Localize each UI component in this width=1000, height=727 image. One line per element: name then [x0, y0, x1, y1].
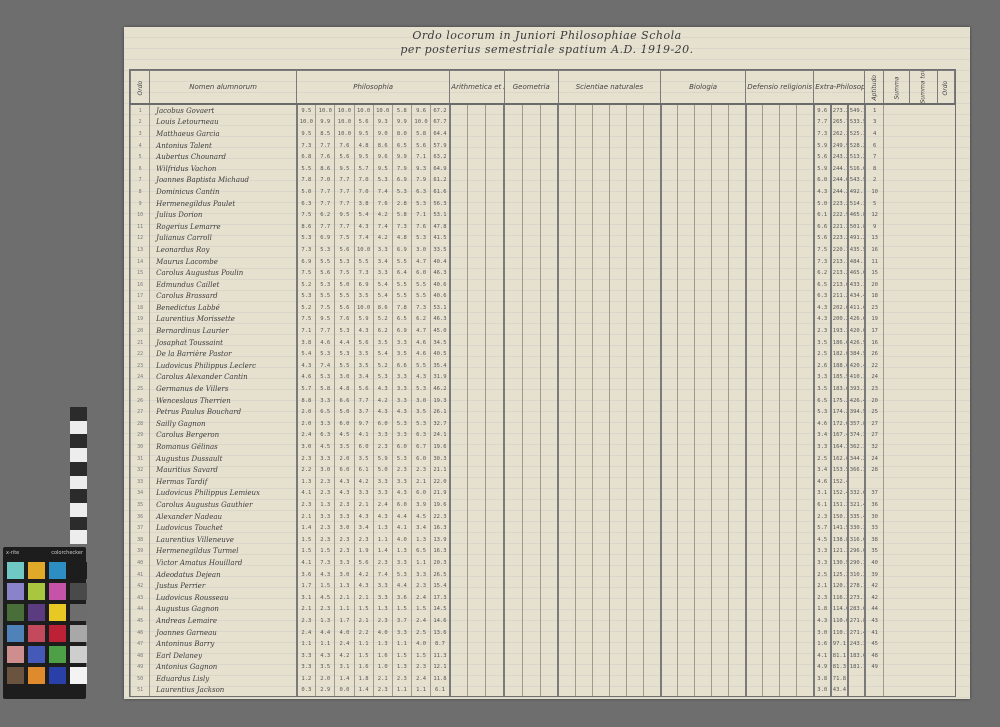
grade-cell: 7.7	[316, 186, 335, 198]
grade-cell	[540, 580, 558, 592]
grade-cell	[797, 418, 814, 430]
table-row: 16Edmundus Caillet5.25.35.06.95.45.55.54…	[131, 279, 955, 291]
grade-cell: 19.6	[431, 441, 450, 453]
student-name: Carolus Augustus Poulin	[150, 267, 297, 279]
grade-cell: 9.9	[392, 151, 411, 163]
header-aptitudo: Aptitudo	[865, 71, 884, 105]
table-row: 18Benedictus Labbé5.27.55.610.08.67.87.3…	[131, 302, 955, 314]
grade-cell	[504, 348, 522, 360]
summa-cell: 81.1	[831, 650, 848, 662]
grade-cell	[712, 476, 729, 488]
grade-cell	[540, 279, 558, 291]
header-arithmetica: Arithmetica et Algebra	[450, 71, 504, 105]
summa-totalis-cell: 290.3	[848, 557, 865, 569]
grade-cell	[729, 128, 746, 140]
summa-totalis-cell: 465.8	[848, 209, 865, 221]
grade-cell	[522, 140, 540, 152]
grade-cell	[540, 104, 558, 117]
grade-cell: 3.0	[335, 372, 354, 384]
grade-cell	[575, 430, 592, 442]
grade-cell	[540, 534, 558, 546]
grade-cell	[780, 104, 797, 117]
table-row: 26Wenceslaus Therrien8.83.36.67.74.23.33…	[131, 395, 955, 407]
row-number: 3	[131, 128, 150, 140]
grade-cell	[712, 406, 729, 418]
summa-cell: 249.9	[831, 140, 848, 152]
grade-cell	[729, 383, 746, 395]
grade-cell	[626, 175, 643, 187]
grade-cell	[450, 244, 468, 256]
grade-cell: 7.3	[392, 221, 411, 233]
grade-cell	[575, 534, 592, 546]
grade-cell: 2.3	[373, 615, 392, 627]
student-name: Laurentius Morissette	[150, 314, 297, 326]
color-patch	[28, 625, 45, 642]
student-name: Leonardus Roy	[150, 244, 297, 256]
grade-cell: 7.9	[411, 175, 430, 187]
grade-cell	[450, 104, 468, 117]
rank-cell: 24	[865, 453, 884, 465]
color-patch	[49, 562, 66, 579]
grade-cell: 2.4	[411, 592, 430, 604]
aptitudo-cell: 6.1	[814, 499, 831, 511]
grade-cell: 3.5	[316, 662, 335, 674]
grade-cell	[661, 314, 678, 326]
grade-cell	[504, 499, 522, 511]
row-number: 5	[131, 151, 150, 163]
summa-totalis-cell: 410.3	[848, 372, 865, 384]
summa-totalis-cell: 321.4	[848, 499, 865, 511]
grade-cell	[661, 163, 678, 175]
grade-cell	[626, 685, 643, 697]
grade-cell	[450, 186, 468, 198]
grade-cell	[746, 348, 763, 360]
student-name: Josaphat Toussaint	[150, 337, 297, 349]
grade-cell	[504, 267, 522, 279]
grade-cell	[592, 430, 609, 442]
grade-cell	[678, 395, 695, 407]
grade-cell	[712, 580, 729, 592]
grade-cell: 7.1	[411, 151, 430, 163]
grade-cell	[643, 418, 660, 430]
grade-cell	[746, 430, 763, 442]
grade-cell	[626, 279, 643, 291]
color-patch	[28, 667, 45, 684]
grade-cell	[729, 569, 746, 581]
grade-cell	[678, 673, 695, 685]
grade-cell	[712, 128, 729, 140]
grade-cell	[626, 302, 643, 314]
summa-cell: 141.5	[831, 522, 848, 534]
grade-cell	[729, 511, 746, 523]
grade-cell: 30.3	[431, 453, 450, 465]
grade-cell: 7.3	[354, 267, 373, 279]
grade-cell	[797, 151, 814, 163]
grade-cell	[661, 128, 678, 140]
grade-cell	[592, 117, 609, 129]
grade-cell: 5.6	[335, 151, 354, 163]
grade-cell: 3.0	[316, 464, 335, 476]
grade-cell	[626, 314, 643, 326]
grade-cell	[763, 348, 780, 360]
grade-cell	[468, 128, 486, 140]
grade-cell: 3.0	[411, 244, 430, 256]
grade-cell	[661, 140, 678, 152]
rank-cell: 32	[865, 441, 884, 453]
grade-cell: 3.5	[354, 291, 373, 303]
grade-cell	[729, 650, 746, 662]
grade-cell	[780, 488, 797, 500]
table-row: 51Laurentius Jackson0.32.90.01.42.31.11.…	[131, 685, 955, 697]
grade-cell	[486, 151, 504, 163]
grade-cell	[558, 163, 575, 175]
header-philosophia: Philosophia	[297, 71, 450, 105]
grade-cell	[661, 291, 678, 303]
grade-cell: 2.1	[335, 592, 354, 604]
student-name: Laurentius Jackson	[150, 685, 297, 697]
grade-cell: 3.3	[392, 476, 411, 488]
grade-cell: 4.4	[392, 511, 411, 523]
grade-cell	[729, 662, 746, 674]
grade-cell: 3.3	[373, 430, 392, 442]
grade-cell: 3.0	[335, 522, 354, 534]
grade-cell	[486, 117, 504, 129]
grade-cell	[643, 638, 660, 650]
grade-cell	[763, 198, 780, 210]
grade-cell: 3.3	[354, 488, 373, 500]
grade-cell	[797, 209, 814, 221]
grade-cell	[504, 580, 522, 592]
grade-cell: 4.0	[335, 627, 354, 639]
grade-cell	[797, 430, 814, 442]
rank-cell: 36	[865, 499, 884, 511]
table-row: 27Petrus Paulus Bouchard2.06.55.03.74.34…	[131, 406, 955, 418]
grade-cell	[626, 117, 643, 129]
grade-cell	[450, 140, 468, 152]
grade-cell: 9.6	[373, 151, 392, 163]
grade-cell	[661, 186, 678, 198]
grade-cell	[729, 476, 746, 488]
grade-cell: 3.5	[392, 348, 411, 360]
grade-cell	[450, 673, 468, 685]
grade-cell	[592, 360, 609, 372]
grade-cell: 2.1	[297, 604, 316, 616]
grade-cell	[609, 337, 626, 349]
grade-cell	[486, 499, 504, 511]
table-row: 5Aubertus Chounard6.87.65.69.59.69.97.16…	[131, 151, 955, 163]
grade-cell	[540, 418, 558, 430]
grade-cell	[450, 406, 468, 418]
header-ordo-final: Ordo	[937, 71, 954, 105]
grade-cell	[504, 128, 522, 140]
grade-cell	[797, 604, 814, 616]
grade-cell	[626, 337, 643, 349]
grade-cell	[522, 662, 540, 674]
grade-cell	[450, 441, 468, 453]
row-number: 40	[131, 557, 150, 569]
grade-cell	[592, 464, 609, 476]
grade-cell: 7.6	[316, 151, 335, 163]
grade-cell	[746, 464, 763, 476]
grade-cell: 2.1	[354, 499, 373, 511]
grade-cell	[575, 464, 592, 476]
grade-cell: 3.3	[316, 395, 335, 407]
grade-cell	[661, 464, 678, 476]
grade-cell	[763, 673, 780, 685]
grade-cell: 4.3	[354, 325, 373, 337]
grade-cell	[504, 546, 522, 558]
grade-cell	[729, 499, 746, 511]
grade-cell: 7.3	[411, 302, 430, 314]
grade-cell	[522, 151, 540, 163]
grade-cell: 11.8	[431, 673, 450, 685]
grade-cell	[678, 244, 695, 256]
grade-cell	[486, 221, 504, 233]
grade-cell	[643, 175, 660, 187]
grade-cell: 5.6	[411, 140, 430, 152]
grade-cell: 6.9	[392, 244, 411, 256]
student-name: Antoninus Barry	[150, 638, 297, 650]
grade-cell	[558, 476, 575, 488]
grade-cell	[540, 256, 558, 268]
grade-cell	[712, 569, 729, 581]
table-row: 50Eduardus Lisly1.22.01.41.82.12.32.411.…	[131, 673, 955, 685]
grade-cell	[712, 233, 729, 245]
summa-cell: 262.3	[831, 128, 848, 140]
grade-cell	[468, 638, 486, 650]
rank-cell: 20	[865, 395, 884, 407]
row-number: 36	[131, 511, 150, 523]
grade-cell	[504, 395, 522, 407]
grade-cell	[626, 128, 643, 140]
grade-cell: 6.0	[392, 441, 411, 453]
summa-cell: 244.6	[831, 175, 848, 187]
grade-cell	[450, 383, 468, 395]
grade-cell	[712, 209, 729, 221]
grade-cell	[540, 650, 558, 662]
aptitudo-cell: 3.3	[814, 372, 831, 384]
grade-cell: 6.0	[392, 499, 411, 511]
grade-cell	[468, 395, 486, 407]
rank-cell: 7	[865, 151, 884, 163]
student-name: Louis Letourneau	[150, 117, 297, 129]
grade-cell: 5.6	[354, 117, 373, 129]
grade-cell	[678, 314, 695, 326]
grade-cell	[522, 430, 540, 442]
grade-cell: 9.9	[316, 117, 335, 129]
grade-cell	[712, 662, 729, 674]
grade-cell: 41.5	[431, 233, 450, 245]
grade-cell	[797, 638, 814, 650]
grade-cell	[763, 441, 780, 453]
grade-cell: 5.3	[373, 372, 392, 384]
grade-cell	[558, 673, 575, 685]
grade-cell	[592, 314, 609, 326]
grade-cell	[763, 360, 780, 372]
grade-cell	[661, 325, 678, 337]
grade-cell: 15.4	[431, 580, 450, 592]
grade-cell	[729, 685, 746, 697]
grade-cell: 4.6	[411, 348, 430, 360]
grade-cell	[626, 453, 643, 465]
grade-cell	[643, 198, 660, 210]
row-number: 4	[131, 140, 150, 152]
grade-cell: 7.5	[297, 314, 316, 326]
grade-cell	[678, 256, 695, 268]
grade-cell	[780, 291, 797, 303]
grade-cell	[450, 314, 468, 326]
grade-cell: 3.3	[316, 418, 335, 430]
grade-cell: 3.7	[392, 615, 411, 627]
grade-cell	[486, 615, 504, 627]
grade-cell	[504, 314, 522, 326]
grade-cell	[450, 279, 468, 291]
grade-cell	[558, 302, 575, 314]
grade-cell: 9.0	[373, 128, 392, 140]
grade-cell	[763, 430, 780, 442]
aptitudo-cell: 7.7	[814, 117, 831, 129]
grade-cell: 6.0	[335, 464, 354, 476]
grade-cell	[626, 221, 643, 233]
row-number: 25	[131, 383, 150, 395]
grade-cell: 7.8	[297, 175, 316, 187]
grade-cell	[712, 151, 729, 163]
grade-cell	[592, 325, 609, 337]
grade-cell: 1.3	[392, 546, 411, 558]
grade-cell	[797, 406, 814, 418]
grade-cell	[609, 569, 626, 581]
summa-cell: 182.0	[831, 348, 848, 360]
grade-cell	[797, 244, 814, 256]
grade-cell	[797, 325, 814, 337]
grade-cell	[695, 163, 712, 175]
grade-cell	[678, 488, 695, 500]
grade-cell	[661, 673, 678, 685]
grade-cell	[558, 175, 575, 187]
grade-cell: 6.5	[411, 546, 430, 558]
grade-cell	[780, 302, 797, 314]
summa-totalis-cell: 344.2	[848, 453, 865, 465]
grade-cell	[558, 348, 575, 360]
grade-cell	[540, 267, 558, 279]
grade-cell	[609, 360, 626, 372]
summa-totalis-cell: 501.8	[848, 221, 865, 233]
grade-cell	[609, 557, 626, 569]
grade-cell	[712, 279, 729, 291]
table-row: 14Maurus Lacombe6.95.55.35.53.45.54.740.…	[131, 256, 955, 268]
grade-cell: 2.3	[316, 476, 335, 488]
grade-cell	[695, 360, 712, 372]
grade-cell	[695, 175, 712, 187]
grade-cell	[522, 163, 540, 175]
grade-cell	[797, 279, 814, 291]
grade-cell: 4.6	[316, 337, 335, 349]
grade-cell	[626, 209, 643, 221]
title-line-2: per posterius semestriale spatium A.D. 1…	[124, 43, 970, 57]
grade-cell: 4.7	[411, 325, 430, 337]
grade-cell	[746, 175, 763, 187]
grade-cell	[540, 360, 558, 372]
rank-cell: 16	[865, 337, 884, 349]
grade-cell	[661, 372, 678, 384]
grade-cell	[797, 592, 814, 604]
grade-cell	[592, 488, 609, 500]
grade-cell	[661, 267, 678, 279]
grade-cell	[780, 569, 797, 581]
grade-cell	[695, 186, 712, 198]
student-name: Hermenegildus Turmel	[150, 546, 297, 558]
grade-cell: 7.1	[411, 209, 430, 221]
aptitudo-cell: 1.8	[814, 604, 831, 616]
grade-cell	[626, 140, 643, 152]
aptitudo-cell: 3.3	[814, 557, 831, 569]
grade-cell	[797, 360, 814, 372]
grade-cell: 7.0	[316, 175, 335, 187]
grade-cell	[678, 569, 695, 581]
grade-cell: 5.3	[411, 418, 430, 430]
grade-cell: 1.3	[373, 638, 392, 650]
ruler-segment	[70, 421, 87, 435]
header-extra: Extra-Philosophia	[814, 71, 865, 105]
grade-cell	[780, 418, 797, 430]
grade-cell	[763, 464, 780, 476]
grade-cell	[729, 209, 746, 221]
summa-totalis-cell: 357.8	[848, 418, 865, 430]
summa-cell: 223.2	[831, 233, 848, 245]
grade-cell	[661, 383, 678, 395]
grade-cell	[763, 406, 780, 418]
grade-cell	[558, 256, 575, 268]
grade-cell	[643, 580, 660, 592]
grade-cell	[643, 151, 660, 163]
aptitudo-cell: 3.8	[814, 673, 831, 685]
grade-cell	[504, 209, 522, 221]
student-name: Carolus Bergeron	[150, 430, 297, 442]
grade-cell	[522, 348, 540, 360]
grade-cell: 6.3	[297, 198, 316, 210]
grade-cell: 3.0	[335, 569, 354, 581]
aptitudo-cell: 3.4	[814, 430, 831, 442]
grade-cell: 2.3	[316, 488, 335, 500]
grade-cell	[486, 395, 504, 407]
grade-cell	[797, 128, 814, 140]
grade-cell: 10.0	[335, 104, 354, 117]
grade-cell	[575, 615, 592, 627]
grade-cell: 7.4	[373, 221, 392, 233]
grade-cell	[678, 209, 695, 221]
table-row: 21Josaphat Toussaint3.84.64.45.63.53.34.…	[131, 337, 955, 349]
grade-cell: 7.7	[316, 198, 335, 210]
grade-cell	[712, 604, 729, 616]
grade-cell	[643, 685, 660, 697]
grade-cell	[522, 302, 540, 314]
grade-cell	[763, 314, 780, 326]
grade-cell: 2.1	[411, 476, 430, 488]
grade-cell	[558, 244, 575, 256]
grade-cell	[797, 580, 814, 592]
grade-cell	[468, 441, 486, 453]
grade-cell: 6.2	[373, 325, 392, 337]
grade-cell	[746, 104, 763, 117]
grade-cell	[540, 140, 558, 152]
grade-cell	[643, 221, 660, 233]
grade-cell	[643, 383, 660, 395]
grade-cell: 1.7	[335, 615, 354, 627]
grade-cell	[558, 325, 575, 337]
grade-cell: 4.5	[316, 441, 335, 453]
aptitudo-cell: 3.3	[814, 546, 831, 558]
grade-cell: 6.4	[392, 267, 411, 279]
